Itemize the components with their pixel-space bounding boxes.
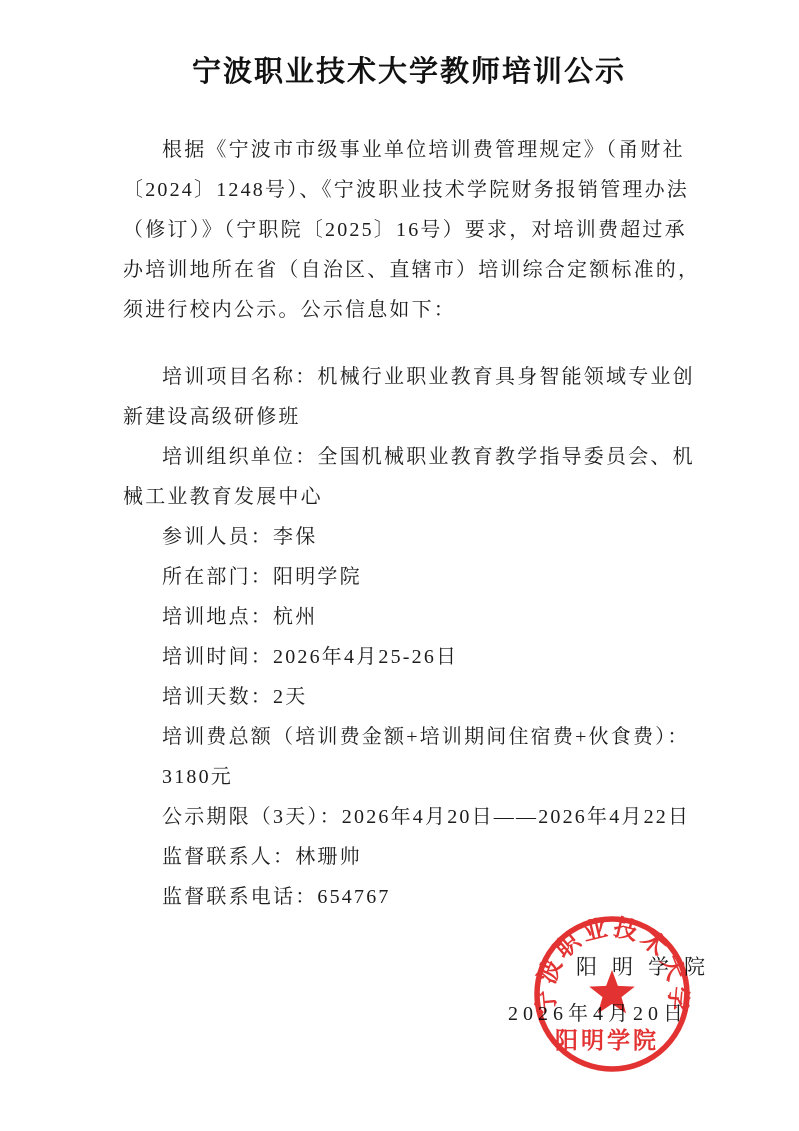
document-body: 宁波职业技术大学教师培训公示 根据《宁波市市级事业单位培训费管理规定》（甬财社 … xyxy=(123,50,695,917)
official-seal: 宁波职业技术大学 阳明学院 xyxy=(526,908,698,1080)
intro-line: 须进行校内公示。公示信息如下： xyxy=(123,290,695,330)
document-page: 宁波职业技术大学教师培训公示 根据《宁波市市级事业单位培训费管理规定》（甬财社 … xyxy=(0,0,799,1131)
fee-line: 培训费总额（培训费金额+培训期间住宿费+伙食费）： xyxy=(123,717,695,757)
location-line: 培训地点：杭州 xyxy=(123,597,695,637)
intro-line: （修订）》（宁职院〔2025〕16号）要求，对培训费超过承 xyxy=(123,210,695,250)
intro-line: 根据《宁波市市级事业单位培训费管理规定》（甬财社 xyxy=(123,130,695,170)
publicity-period-line: 公示期限（3天）：2026年4月20日——2026年4月22日 xyxy=(123,797,695,837)
project-name-line: 培训项目名称：机械行业职业教育具身智能领域专业创 xyxy=(123,357,695,397)
supervisor-line: 监督联系人：林珊帅 xyxy=(123,837,695,877)
page-title: 宁波职业技术大学教师培训公示 xyxy=(123,50,695,94)
trainee-line: 参训人员：李保 xyxy=(123,517,695,557)
project-name-line-continued: 新建设高级研修班 xyxy=(123,397,695,437)
days-line: 培训天数：2天 xyxy=(123,677,695,717)
intro-line: 〔2024〕1248号）、《宁波职业技术学院财务报销管理办法 xyxy=(123,170,695,210)
intro-line: 办培训地所在省（自治区、直辖市）培训综合定额标准的， xyxy=(123,250,695,290)
organizer-line-continued: 械工业教育发展中心 xyxy=(123,477,695,517)
organizer-line: 培训组织单位：全国机械职业教育教学指导委员会、机 xyxy=(123,437,695,477)
paragraph-gap xyxy=(123,330,695,357)
seal-bottom-text: 阳明学院 xyxy=(555,1027,659,1053)
department-line: 所在部门：阳明学院 xyxy=(123,557,695,597)
star-icon xyxy=(589,970,635,1013)
time-line: 培训时间：2026年4月25-26日 xyxy=(123,637,695,677)
fee-amount-line: 3180元 xyxy=(123,757,695,797)
